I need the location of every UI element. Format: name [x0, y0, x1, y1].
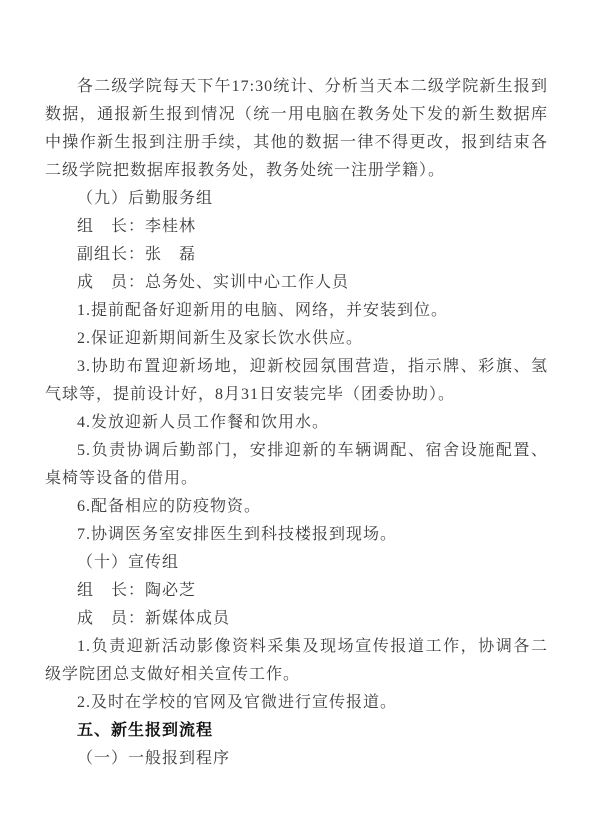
- paragraph: 2.保证迎新期间新生及家长饮水供应。: [45, 325, 548, 353]
- paragraph: 1.负责迎新活动影像资料采集及现场宣传报道工作，协调各二级学院团总支做好相关宣传…: [45, 633, 548, 689]
- document-page: 各二级学院每天下午17:30统计、分析当天本二级学院新生报到数据，通报新生报到情…: [0, 0, 595, 840]
- paragraph: 2.及时在学校的官网及官微进行宣传报道。: [45, 689, 548, 717]
- paragraph: 组 长：陶必芝: [45, 577, 548, 605]
- paragraph: 成 员：总务处、实训中心工作人员: [45, 269, 548, 297]
- paragraph: 6.配备相应的防疫物资。: [45, 493, 548, 521]
- paragraph: 3.协助布置迎新场地，迎新校园氛围营造，指示牌、彩旗、氢气球等，提前设计好，8月…: [45, 353, 548, 409]
- paragraph: 5.负责协调后勤部门，安排迎新的车辆调配、宿舍设施配置、桌椅等设备的借用。: [45, 437, 548, 493]
- paragraph: （十）宣传组: [45, 549, 548, 577]
- paragraph: 4.发放迎新人员工作餐和饮用水。: [45, 409, 548, 437]
- paragraph: 副组长：张 磊: [45, 241, 548, 269]
- paragraph: 成 员：新媒体成员: [45, 605, 548, 633]
- paragraph: 7.协调医务室安排医生到科技楼报到现场。: [45, 521, 548, 549]
- paragraph: （一）一般报到程序: [45, 745, 548, 773]
- paragraph: 1.提前配备好迎新用的电脑、网络，并安装到位。: [45, 297, 548, 325]
- document-body: 各二级学院每天下午17:30统计、分析当天本二级学院新生报到数据，通报新生报到情…: [45, 73, 548, 773]
- section-heading: 五、新生报到流程: [45, 717, 548, 745]
- paragraph: 组 长：李桂林: [45, 213, 548, 241]
- paragraph: 各二级学院每天下午17:30统计、分析当天本二级学院新生报到数据，通报新生报到情…: [45, 73, 548, 185]
- paragraph: （九）后勤服务组: [45, 185, 548, 213]
